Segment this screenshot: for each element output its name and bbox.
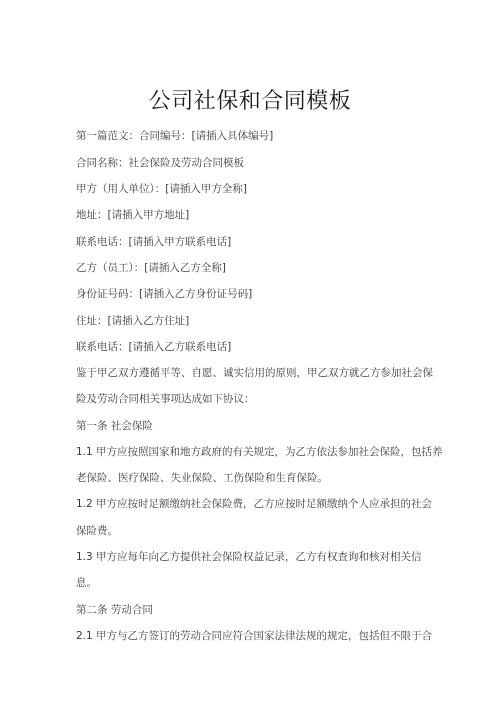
clause-1-2-line-1: 1.2 甲方应按时足额缴纳社会保险费，乙方应按时足额缴纳个人应承担的社会 [76, 497, 436, 511]
party-b-name-line: 乙方（员工）：[请插入乙方全称] [76, 261, 436, 275]
party-b-id-line: 身份证号码：[请插入乙方身份证号码] [76, 287, 436, 301]
contract-number-line: 第一篇范文：合同编号：[请插入具体编号] [76, 129, 436, 143]
preamble-line-1: 鉴于甲乙双方遵循平等、自愿、诚实信用的原则，甲乙双方就乙方参加社会保 [76, 366, 436, 380]
party-b-address-line: 住址：[请插入乙方住址] [76, 314, 436, 328]
article-1-heading: 第一条 社会保险 [76, 419, 436, 433]
article-2-heading: 第二条 劳动合同 [76, 603, 436, 617]
contract-name-line: 合同名称：社会保险及劳动合同模板 [76, 156, 436, 170]
clause-1-1-line-1: 1.1 甲方应按照国家和地方政府的有关规定，为乙方依法参加社会保险，包括养 [76, 445, 436, 459]
party-a-name-line: 甲方（用人单位）：[请插入甲方全称] [76, 182, 436, 196]
clause-1-1-line-2: 老保险、医疗保险、失业保险、工伤保险和生育保险。 [76, 471, 436, 485]
clause-1-3-line-1: 1.3 甲方应每年向乙方提供社会保险权益记录，乙方有权查询和核对相关信 [76, 550, 436, 564]
party-b-phone-line: 联系电话：[请插入乙方联系电话] [76, 340, 436, 354]
document-page: 公司社保和合同模板 第一篇范文：合同编号：[请插入具体编号] 合同名称：社会保险… [0, 0, 500, 707]
clause-1-3-line-2: 息。 [76, 576, 436, 590]
clause-1-2-line-2: 保险费。 [76, 524, 436, 538]
clause-2-1-line-1: 2.1 甲方与乙方签订的劳动合同应符合国家法律法规的规定，包括但不限于合 [76, 629, 436, 643]
preamble-line-2: 险及劳动合同相关事项达成如下协议： [76, 392, 436, 406]
party-a-address-line: 地址：[请插入甲方地址] [76, 208, 436, 222]
document-title: 公司社保和合同模板 [0, 84, 500, 115]
party-a-phone-line: 联系电话：[请插入甲方联系电话] [76, 235, 436, 249]
